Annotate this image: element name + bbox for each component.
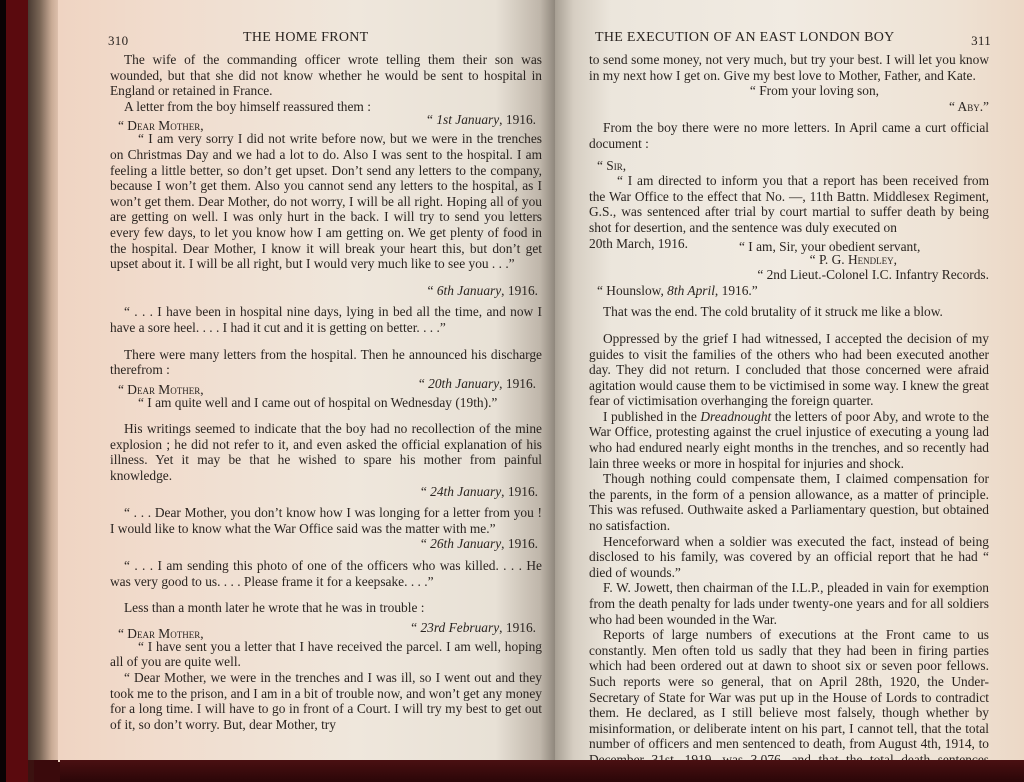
running-head-title: THE EXECUTION OF AN EAST LONDON BOY [595, 30, 895, 46]
letter-heading: “ Dear Mother, “ 20th January, 1916. [110, 378, 542, 395]
letter-body: “ I am very sorry I did not write before… [110, 131, 542, 271]
page-number: 311 [971, 33, 991, 49]
letter-date: “ 20th January, 1916. [419, 376, 536, 392]
letter-body: “ . . . I am sending this photo of one o… [110, 558, 542, 589]
letter-body: “ I have sent you a letter that I have r… [110, 639, 542, 670]
paragraph: Less than a month later he wrote that he… [110, 600, 542, 616]
salutation: “ Dear Mother, [118, 382, 204, 398]
paragraph: His writings seemed to indicate that the… [110, 421, 542, 483]
letter-heading: “ Dear Mother, “ 23rd February, 1916. [110, 622, 542, 639]
running-head-title: THE HOME FRONT [243, 30, 369, 46]
closing-phrase: “ I am, Sir, your obedient servant, [739, 239, 920, 255]
paragraph: There were many letters from the hospita… [110, 347, 542, 378]
paragraph: That was the end. The cold brutality of … [589, 304, 989, 320]
running-header-right: THE EXECUTION OF AN EAST LONDON BOY 311 [589, 30, 989, 52]
official-letter-body: “ I am directed to inform you that a rep… [589, 173, 989, 235]
paragraph: I published in the Dreadnought the lette… [589, 409, 989, 471]
paragraph: From the boy there were no more letters.… [589, 120, 989, 151]
page-stack-edge [28, 0, 62, 760]
page-number: 310 [108, 33, 128, 49]
salutation: “ Dear Mother, [118, 118, 204, 134]
letter-body: “ . . . I have been in hospital nine day… [110, 304, 542, 335]
letter-date: “ 6th January, 1916. [110, 283, 538, 299]
letter-body: “ . . . Dear Mother, you don’t know how … [110, 505, 542, 536]
place-date: “ Hounslow, 8th April, 1916.” [597, 283, 989, 299]
letter-date: “ 24th January, 1916. [110, 484, 538, 500]
signer-title: “ 2nd Lieut.-Colonel I.C. Infantry Recor… [589, 267, 989, 283]
letter-body: to send some money, not very much, but t… [589, 52, 989, 83]
paragraph: Henceforward when a soldier was executed… [589, 534, 989, 581]
salutation: “ Dear Mother, [118, 626, 204, 642]
salutation: “ Sir, [597, 158, 989, 174]
letter-signature: “ Aby.” [589, 99, 989, 115]
letter-date: “ 23rd February, 1916. [411, 620, 536, 636]
paragraph: Though nothing could compensate them, I … [589, 471, 989, 533]
letter-body: “ Dear Mother, we were in the trenches a… [110, 670, 542, 732]
running-header-left: 310 THE HOME FRONT [110, 30, 542, 52]
letter-closing: “ From your loving son, [589, 83, 879, 99]
paragraph: The wife of the commanding officer wrote… [110, 52, 542, 99]
right-page: THE EXECUTION OF AN EAST LONDON BOY 311 … [555, 0, 1024, 762]
letter-date: “ 26th January, 1916. [110, 536, 538, 552]
paragraph: Reports of large numbers of executions a… [589, 627, 989, 762]
letter-heading: “ Dear Mother, “ 1st January, 1916. [110, 114, 542, 131]
official-closing-line: 20th March, 1916. “ I am, Sir, your obed… [589, 236, 989, 252]
letter-date: “ 1st January, 1916. [427, 112, 536, 128]
paragraph: Oppressed by the grief I had witnessed, … [589, 331, 989, 409]
book-cover-bottom [60, 760, 1024, 782]
left-page: 310 THE HOME FRONT The wife of the comma… [58, 0, 555, 762]
execution-date: 20th March, 1916. [589, 236, 688, 252]
paragraph: F. W. Jowett, then chairman of the I.L.P… [589, 580, 989, 627]
